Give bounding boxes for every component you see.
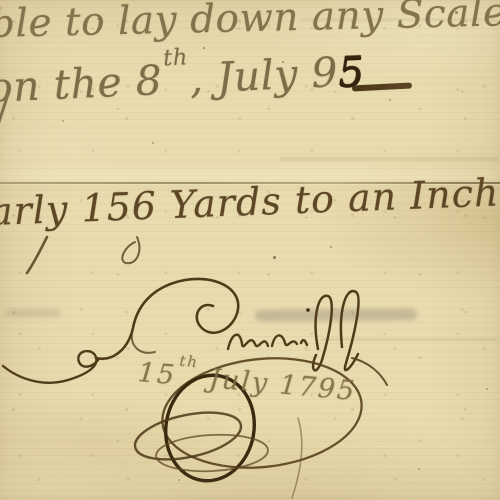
paper-speck (62, 120, 64, 122)
paper-speck (152, 142, 154, 144)
line2-text-start: on the 8 (0, 56, 163, 112)
paper-speck (418, 468, 420, 470)
manuscript-line-1: ble to lay down any Scale (0, 0, 500, 47)
manuscript-line-2: on the 8th, July 95 (0, 47, 366, 112)
paper-speck (389, 99, 391, 101)
date-day: 15 (137, 357, 178, 391)
paper-speck (203, 47, 205, 49)
manuscript-page: ble to lay down any Scale on the 8th, Ju… (0, 0, 500, 500)
line2-superscript-th: th (163, 45, 189, 72)
date-superscript-th: th (179, 352, 200, 372)
line2-text-mid: , July 9 (189, 48, 339, 103)
paper-speck (486, 388, 488, 390)
